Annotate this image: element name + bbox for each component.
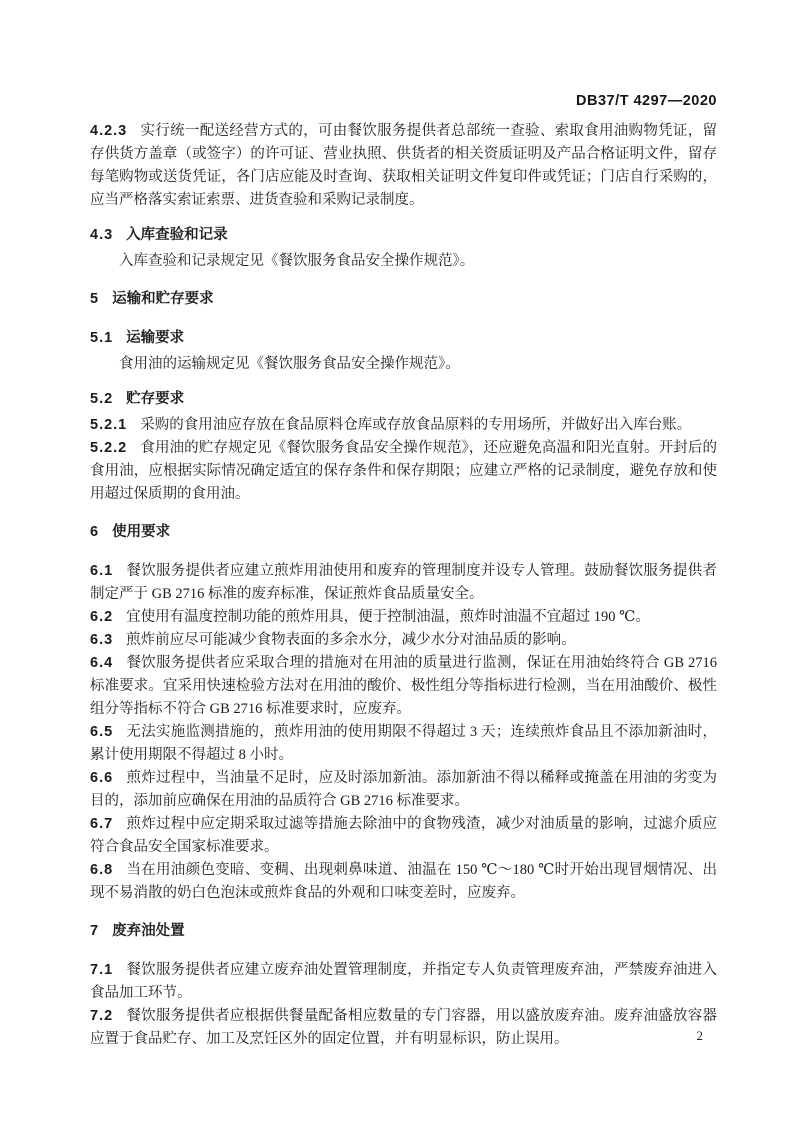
- heading-number: 4.3: [90, 227, 113, 243]
- clause-number: 5.2.2: [90, 440, 127, 456]
- clause-7-1: 7.1餐饮服务提供者应建立废弃油处置管理制度，并指定专人负责管理废弃油，严禁废弃…: [90, 959, 717, 1005]
- clause-text: 餐饮服务提供者应采取合理的措施对在用油的质量进行监测，保证在用油始终符合 GB …: [90, 655, 717, 717]
- para-4-3: 入库查验和记录规定见《餐饮服务食品安全操作规范》。: [90, 250, 717, 273]
- heading-title: 运输要求: [126, 330, 184, 346]
- clause-text: 食用油的贮存规定见《餐饮服务食品安全操作规范》，还应避免高温和阳光直射。开封后的…: [90, 440, 717, 502]
- heading-5-2: 5.2贮存要求: [90, 388, 717, 411]
- clause-number: 6.4: [90, 655, 113, 671]
- clause-6-5: 6.5无法实施监测措施的，煎炸用油的使用期限不得超过 3 天；连续煎炸食品且不添…: [90, 721, 717, 767]
- clause-number: 6.2: [90, 609, 113, 625]
- clause-text: 煎炸过程中应定期采取过滤等措施去除油中的食物残渣，减少对油质量的影响，过滤介质应…: [90, 816, 717, 855]
- chapter-6: 6使用要求: [90, 521, 717, 544]
- clause-6-2: 6.2宜使用有温度控制功能的煎炸用具，便于控制油温，煎炸时油温不宜超过 190 …: [90, 606, 717, 629]
- chapter-5: 5运输和贮存要求: [90, 288, 717, 311]
- clause-text: 餐饮服务提供者应根据供餐量配备相应数量的专门容器，用以盛放废弃油。废弃油盛放容器…: [90, 1008, 717, 1047]
- clause-number: 7.2: [90, 1008, 113, 1024]
- chapter-title: 运输和贮存要求: [112, 291, 214, 307]
- clause-text: 餐饮服务提供者应建立废弃油处置管理制度，并指定专人负责管理废弃油，严禁废弃油进入…: [90, 962, 717, 1001]
- chapter-7: 7废弃油处置: [90, 920, 717, 943]
- clause-6-4: 6.4餐饮服务提供者应采取合理的措施对在用油的质量进行监测，保证在用油始终符合 …: [90, 652, 717, 721]
- heading-5-1: 5.1运输要求: [90, 327, 717, 350]
- clause-text: 当在用油颜色变暗、变稠、出现刺鼻味道、油温在 150 ℃～180 ℃时开始出现冒…: [90, 862, 717, 901]
- chapter-number: 7: [90, 923, 99, 939]
- clause-text: 餐饮服务提供者应建立煎炸用油使用和废弃的管理制度并设专人管理。鼓励餐饮服务提供者…: [90, 563, 717, 602]
- page-footer: 2: [697, 1028, 704, 1044]
- heading-title: 贮存要求: [126, 391, 184, 407]
- page-header: DB37/T 4297—2020: [90, 93, 717, 109]
- clause-5-2-2: 5.2.2食用油的贮存规定见《餐饮服务食品安全操作规范》，还应避免高温和阳光直射…: [90, 437, 717, 506]
- clause-text: 无法实施监测措施的，煎炸用油的使用期限不得超过 3 天；连续煎炸食品且不添加新油…: [90, 724, 717, 763]
- clause-text: 宜使用有温度控制功能的煎炸用具，便于控制油温，煎炸时油温不宜超过 190 ℃。: [126, 609, 650, 625]
- clause-6-3: 6.3煎炸前应尽可能减少食物表面的多余水分，减少水分对油品质的影响。: [90, 629, 717, 652]
- clause-text: 采购的食用油应存放在食品原料仓库或存放食品原料的专用场所，并做好出入库台账。: [140, 417, 691, 433]
- clause-text: 煎炸过程中，当油量不足时，应及时添加新油。添加新油不得以稀释或掩盖在用油的劣变为…: [90, 770, 717, 809]
- clause-6-1: 6.1餐饮服务提供者应建立煎炸用油使用和废弃的管理制度并设专人管理。鼓励餐饮服务…: [90, 560, 717, 606]
- clause-number: 6.1: [90, 563, 113, 579]
- doc-number: DB37/T 4297—2020: [576, 93, 717, 109]
- clause-6-6: 6.6煎炸过程中，当油量不足时，应及时添加新油。添加新油不得以稀释或掩盖在用油的…: [90, 767, 717, 813]
- clause-6-8: 6.8当在用油颜色变暗、变稠、出现刺鼻味道、油温在 150 ℃～180 ℃时开始…: [90, 859, 717, 905]
- clause-number: 6.6: [90, 770, 113, 786]
- clause-7-2: 7.2餐饮服务提供者应根据供餐量配备相应数量的专门容器，用以盛放废弃油。废弃油盛…: [90, 1005, 717, 1051]
- page-number: 2: [697, 1028, 704, 1043]
- chapter-number: 5: [90, 291, 99, 307]
- document-body: 4.2.3实行统一配送经营方式的，可由餐饮服务提供者总部统一查验、索取食用油购物…: [90, 120, 717, 1051]
- clause-number: 6.7: [90, 816, 113, 832]
- clause-number: 7.1: [90, 962, 113, 978]
- heading-4-3: 4.3入库查验和记录: [90, 224, 717, 247]
- heading-title: 入库查验和记录: [126, 227, 228, 243]
- clause-number: 6.3: [90, 632, 113, 648]
- clause-number: 6.5: [90, 724, 113, 740]
- clause-text: 实行统一配送经营方式的，可由餐饮服务提供者总部统一查验、索取食用油购物凭证，留存…: [90, 123, 717, 208]
- para-5-1: 食用油的运输规定见《餐饮服务食品安全操作规范》。: [90, 353, 717, 376]
- clause-number: 4.2.3: [90, 123, 127, 139]
- clause-5-2-1: 5.2.1采购的食用油应存放在食品原料仓库或存放食品原料的专用场所，并做好出入库…: [90, 414, 717, 437]
- clause-6-7: 6.7煎炸过程中应定期采取过滤等措施去除油中的食物残渣，减少对油质量的影响，过滤…: [90, 813, 717, 859]
- heading-number: 5.2: [90, 391, 113, 407]
- clause-number: 6.8: [90, 862, 113, 878]
- chapter-title: 废弃油处置: [112, 923, 185, 939]
- chapter-number: 6: [90, 524, 99, 540]
- clause-4-2-3: 4.2.3实行统一配送经营方式的，可由餐饮服务提供者总部统一查验、索取食用油购物…: [90, 120, 717, 212]
- heading-number: 5.1: [90, 330, 113, 346]
- chapter-title: 使用要求: [112, 524, 170, 540]
- clause-number: 5.2.1: [90, 417, 127, 433]
- document-page: DB37/T 4297—2020 4.2.3实行统一配送经营方式的，可由餐饮服务…: [0, 0, 793, 1122]
- clause-text: 煎炸前应尽可能减少食物表面的多余水分，减少水分对油品质的影响。: [126, 632, 576, 648]
